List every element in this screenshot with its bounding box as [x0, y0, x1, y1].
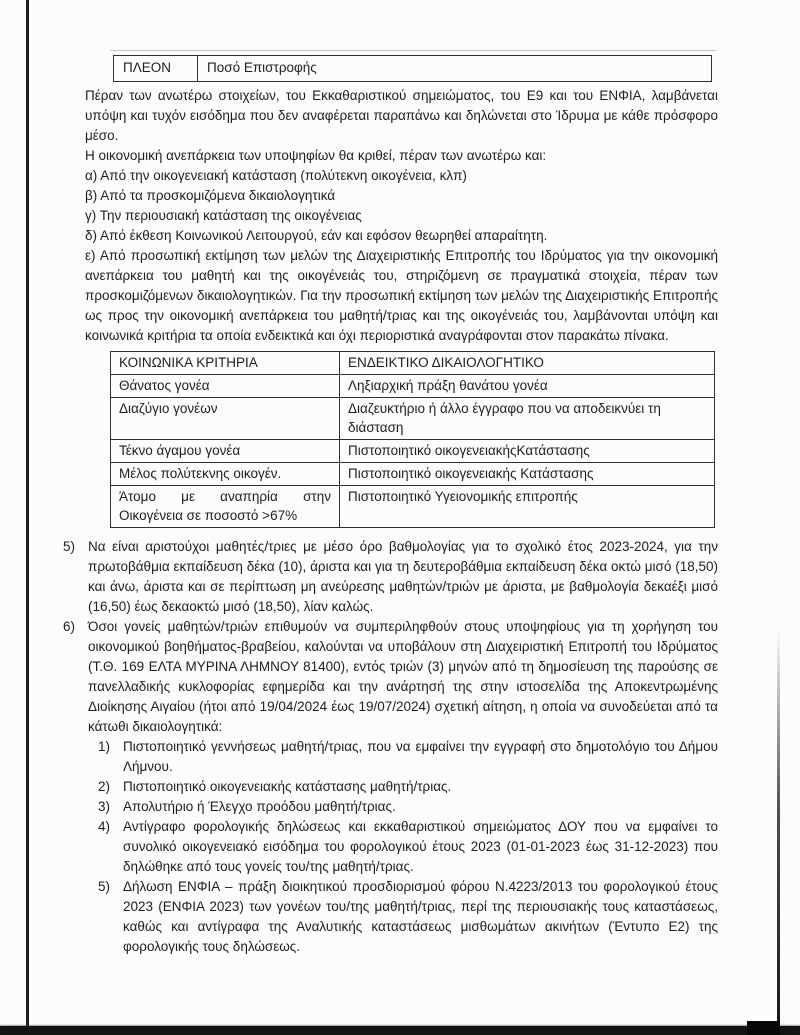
- document-cell: Πιστοποιητικό οικογενειακήςΚατάστασης: [340, 440, 715, 463]
- item-number: 5): [63, 537, 88, 617]
- item-text: Δήλωση ΕΝΦΙΑ – πράξη διοικητικού προσδιο…: [123, 877, 718, 957]
- criteria-intro-line: Η οικονομική ανεπάρκεια των υποψηφίων θα…: [85, 146, 718, 166]
- item-number: 6): [63, 617, 88, 737]
- table-row: ΚΟΙΝΩΝΙΚΑ ΚΡΙΤΗΡΙΑ ΕΝΔΕΙΚΤΙΚΟ ΔΙΚΑΙΟΛΟΓΗ…: [111, 352, 715, 375]
- item-text: Απολυτήριο ή Έλεγχο προόδου μαθητή/τριας…: [123, 797, 718, 817]
- criteria-cell: Τέκνο άγαμου γονέα: [111, 440, 340, 463]
- document-cell: Πιστοποιητικό οικογενειακής Κατάστασης: [340, 463, 715, 486]
- item-text: Πιστοποιητικό οικογενειακής κατάστασης μ…: [123, 777, 718, 797]
- top-table-cell-value: Ποσό Επιστροφής: [198, 56, 711, 81]
- scan-edge-left-line: [26, 0, 29, 1030]
- item-number: 2): [98, 777, 123, 797]
- table-row: Μέλος πολύτεκνης οικογέν. Πιστοποιητικό …: [111, 463, 715, 486]
- criteria-cell: Θάνατος γονέα: [111, 375, 340, 398]
- document-list-item: 5) Δήλωση ΕΝΦΙΑ – πράξη διοικητικού προσ…: [98, 877, 718, 957]
- document-cell: Πιστοποιητικό Υγειονομικής επιτροπής: [340, 486, 715, 528]
- list-item-6: 6) Όσοι γονείς μαθητών/τριών επιθυμούν ν…: [85, 617, 718, 737]
- point-d: δ) Από έκθεση Κοινωνικού Λειτουργού, εάν…: [85, 226, 718, 246]
- scan-bottom-blob: [747, 1021, 780, 1035]
- document-cell: Διαζευκτήριο ή άλλο έγγραφο που να αποδε…: [340, 398, 715, 440]
- criteria-cell: Διαζύγιο γονέων: [111, 398, 340, 440]
- criteria-header-cell: ΚΟΙΝΩΝΙΚΑ ΚΡΙΤΗΡΙΑ: [111, 352, 340, 375]
- item-text: Να είναι αριστούχοι μαθητές/τριες με μέσ…: [88, 537, 718, 617]
- intro-paragraph: Πέραν των ανωτέρω στοιχείων, του Εκκαθαρ…: [85, 86, 718, 146]
- item-number: 5): [98, 877, 123, 957]
- table-row: Τέκνο άγαμου γονέα Πιστοποιητικό οικογεν…: [111, 440, 715, 463]
- point-a: α) Από την οικογενειακή κατάσταση (πολύτ…: [85, 166, 718, 186]
- item-text: Όσοι γονείς μαθητών/τριών επιθυμούν να σ…: [88, 617, 718, 737]
- document-cell: Ληξιαρχική πράξη θανάτου γονέα: [340, 375, 715, 398]
- item-text: Αντίγραφο φορολογικής δηλώσεως και εκκαθ…: [123, 817, 718, 877]
- document-list-item: 3) Απολυτήριο ή Έλεγχο προόδου μαθητή/τρ…: [98, 797, 718, 817]
- item-number: 3): [98, 797, 123, 817]
- top-table-cell-label: ΠΛΕΟΝ: [114, 56, 198, 81]
- scan-edge-right-line: [777, 630, 780, 1030]
- point-c: γ) Την περιουσιακή κατάσταση της οικογέν…: [85, 206, 718, 226]
- point-e: ε) Από προσωπική εκτίμηση των μελών της …: [85, 246, 718, 346]
- scan-edge-bottom-band: [0, 1026, 800, 1035]
- document-list-item: 4) Αντίγραφο φορολογικής δηλώσεως και εκ…: [98, 817, 718, 877]
- scan-ghost-line: [110, 50, 716, 51]
- item-number: 4): [98, 817, 123, 877]
- top-table: ΠΛΕΟΝ Ποσό Επιστροφής: [113, 55, 712, 82]
- scanned-document-page: ΠΛΕΟΝ Ποσό Επιστροφής Πέραν των ανωτέρω …: [0, 0, 800, 1035]
- document-list-item: 1) Πιστοποιητικό γεννήσεως μαθητή/τριας,…: [98, 737, 718, 777]
- table-row: Διαζύγιο γονέων Διαζευκτήριο ή άλλο έγγρ…: [111, 398, 715, 440]
- item-text: Πιστοποιητικό γεννήσεως μαθητή/τριας, πο…: [123, 737, 718, 777]
- document-body: Πέραν των ανωτέρω στοιχείων, του Εκκαθαρ…: [85, 86, 718, 957]
- point-b: β) Από τα προσκομιζόμενα δικαιολογητικά: [85, 186, 718, 206]
- table-row: Άτομο με αναπηρία στην Οικογένεια σε ποσ…: [111, 486, 715, 528]
- table-row: Θάνατος γονέα Ληξιαρχική πράξη θανάτου γ…: [111, 375, 715, 398]
- list-item-5: 5) Να είναι αριστούχοι μαθητές/τριες με …: [85, 537, 718, 617]
- criteria-table: ΚΟΙΝΩΝΙΚΑ ΚΡΙΤΗΡΙΑ ΕΝΔΕΙΚΤΙΚΟ ΔΙΚΑΙΟΛΟΓΗ…: [110, 351, 715, 528]
- criteria-cell: Άτομο με αναπηρία στην Οικογένεια σε ποσ…: [111, 486, 340, 528]
- item-number: 1): [98, 737, 123, 777]
- document-header-cell: ΕΝΔΕΙΚΤΙΚΟ ΔΙΚΑΙΟΛΟΓΗΤΙΚΟ: [340, 352, 715, 375]
- document-list-item: 2) Πιστοποιητικό οικογενειακής κατάσταση…: [98, 777, 718, 797]
- criteria-cell: Μέλος πολύτεκνης οικογέν.: [111, 463, 340, 486]
